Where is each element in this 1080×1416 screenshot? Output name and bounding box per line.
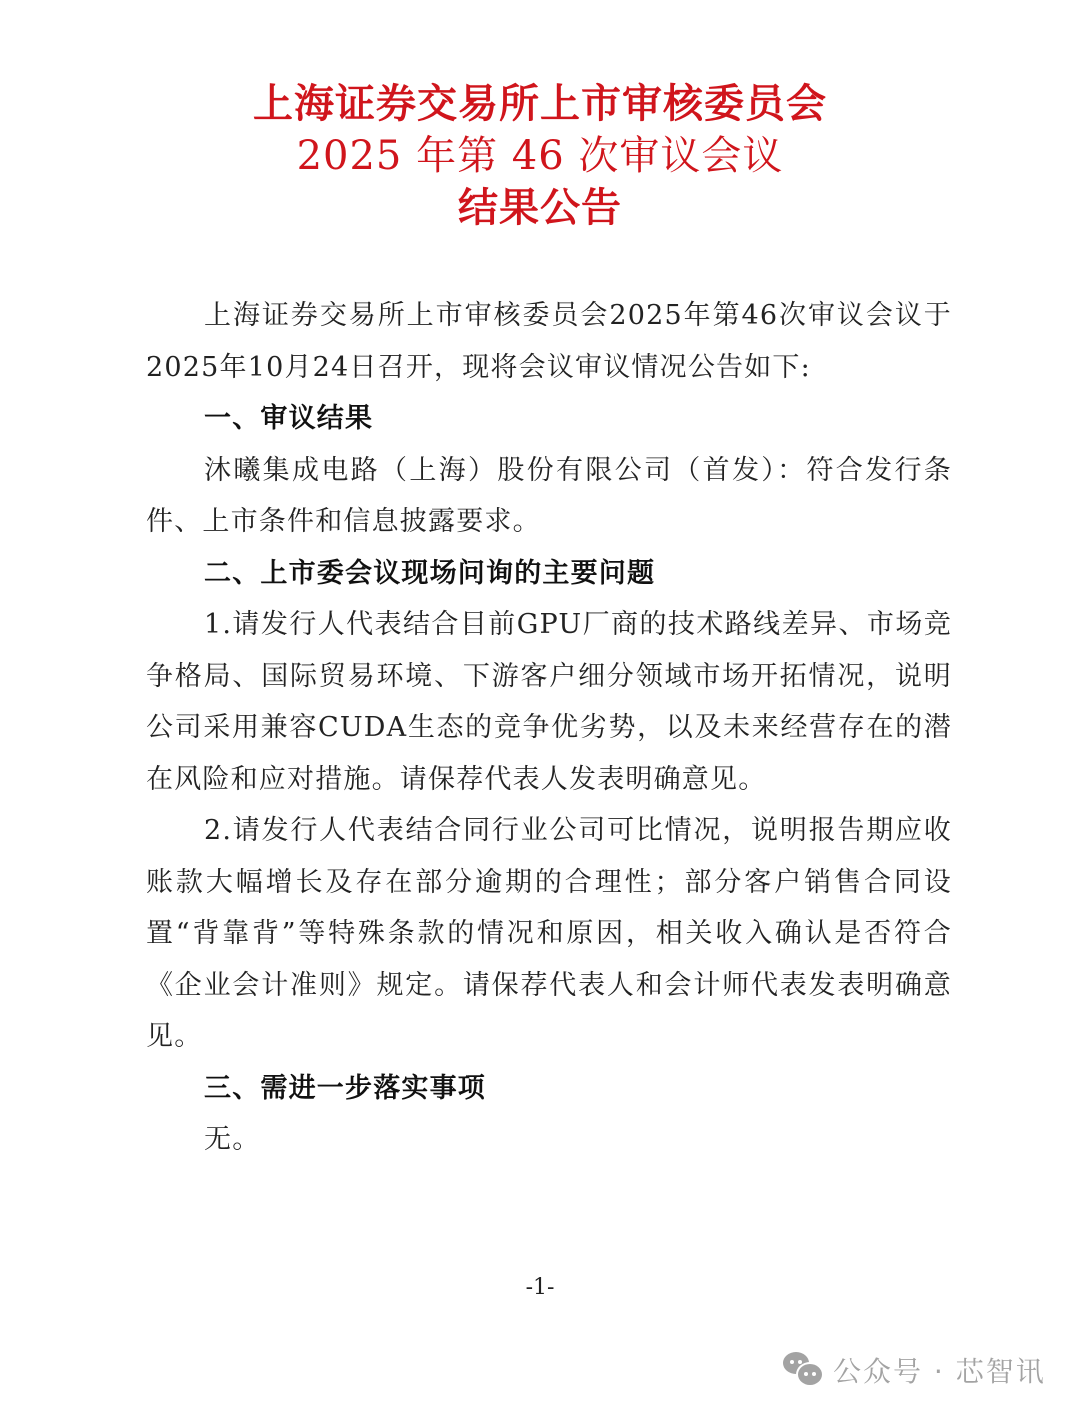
watermark-text: 公众号 · 芯智讯 bbox=[833, 1350, 1046, 1390]
announcement-body: 上海证券交易所上市审核委员会2025年第46次审议会议于2025年10月24日召… bbox=[146, 290, 952, 1166]
section-heading-questions: 二、上市委会议现场问询的主要问题 bbox=[146, 548, 952, 600]
title-line-1: 上海证券交易所上市审核委员会 bbox=[0, 78, 1080, 130]
follow-up-paragraph: 无。 bbox=[146, 1114, 952, 1166]
section-heading-results: 一、审议结果 bbox=[146, 393, 952, 445]
announcement-title: 上海证券交易所上市审核委员会 2025 年第 46 次审议会议 结果公告 bbox=[0, 78, 1080, 234]
question-1-paragraph: 1.请发行人代表结合目前GPU厂商的技术路线差异、市场竞争格局、国际贸易环境、下… bbox=[146, 599, 952, 805]
page-number: -1- bbox=[0, 1275, 1080, 1300]
question-2-paragraph: 2.请发行人代表结合同行业公司可比情况，说明报告期应收账款大幅增长及存在部分逾期… bbox=[146, 805, 952, 1063]
wechat-icon bbox=[783, 1352, 823, 1388]
title-line-3: 结果公告 bbox=[0, 182, 1080, 234]
watermark: 公众号 · 芯智讯 bbox=[783, 1350, 1046, 1390]
title-line-2: 2025 年第 46 次审议会议 bbox=[0, 130, 1080, 182]
intro-paragraph: 上海证券交易所上市审核委员会2025年第46次审议会议于2025年10月24日召… bbox=[146, 290, 952, 393]
result-paragraph: 沐曦集成电路（上海）股份有限公司（首发）：符合发行条件、上市条件和信息披露要求。 bbox=[146, 445, 952, 548]
section-heading-follow-up: 三、需进一步落实事项 bbox=[146, 1063, 952, 1115]
